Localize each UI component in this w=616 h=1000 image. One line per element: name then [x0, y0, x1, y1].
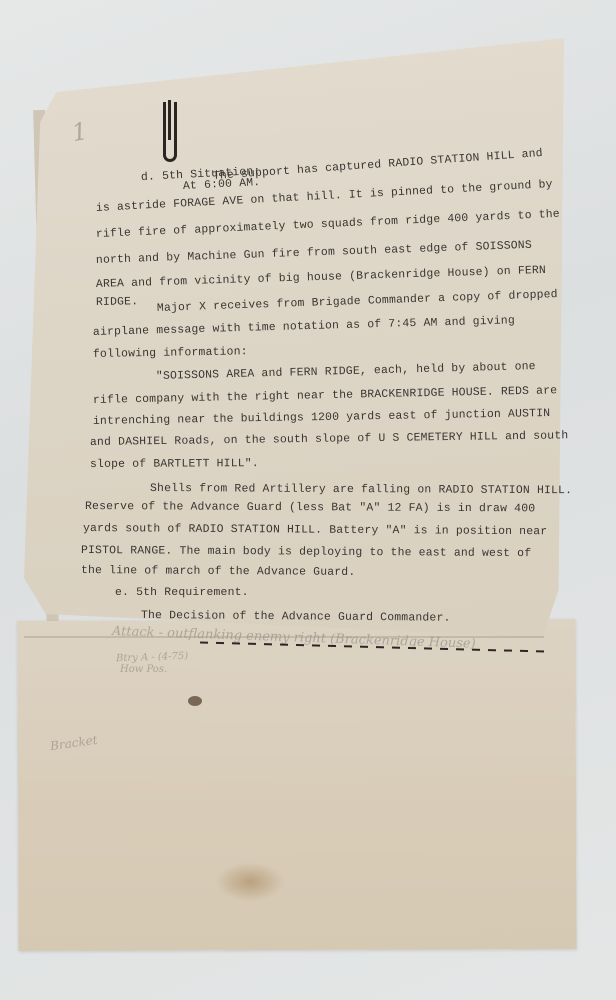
- requirement-heading: e. 5th Requirement.: [115, 588, 249, 599]
- body-line: slope of BARTLETT HILL".: [90, 459, 259, 471]
- water-stain: [215, 862, 285, 902]
- paperclip-icon: [163, 102, 177, 162]
- body-line: RIDGE.: [96, 297, 138, 309]
- pencil-note: How Pos.: [120, 664, 167, 675]
- lower-sheet: [17, 619, 576, 951]
- body-line: Reserve of the Advance Guard (less Bat "…: [85, 502, 535, 516]
- ink-spot: [188, 696, 202, 706]
- body-line: the line of march of the Advance Guard.: [81, 566, 355, 579]
- body-line: Shells from Red Artillery are falling on…: [150, 484, 572, 498]
